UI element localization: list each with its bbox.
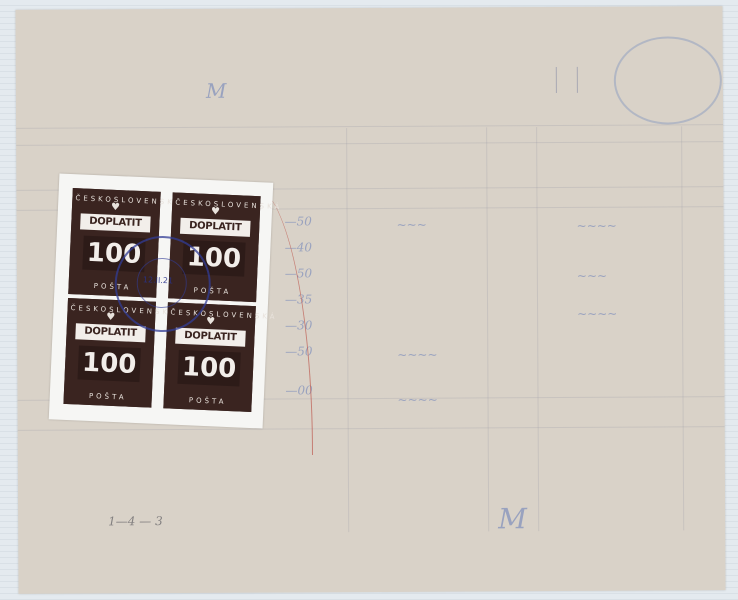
rule-line <box>18 426 725 431</box>
postage-due-stamp-block: ČESKOSLOVENSKÁ♥ DOPLATIT100 POŠTA ČESKOS… <box>49 173 274 428</box>
amount: —50 <box>285 214 312 228</box>
handwritten-initial-bottom: M <box>498 502 527 535</box>
rule-line <box>16 124 723 129</box>
handwritten-initial-top: M <box>206 79 227 103</box>
postmark-top-right <box>614 36 722 125</box>
form-box <box>556 67 578 93</box>
rule-line <box>16 141 723 146</box>
postmark-date: 12.II.21 <box>143 275 174 285</box>
